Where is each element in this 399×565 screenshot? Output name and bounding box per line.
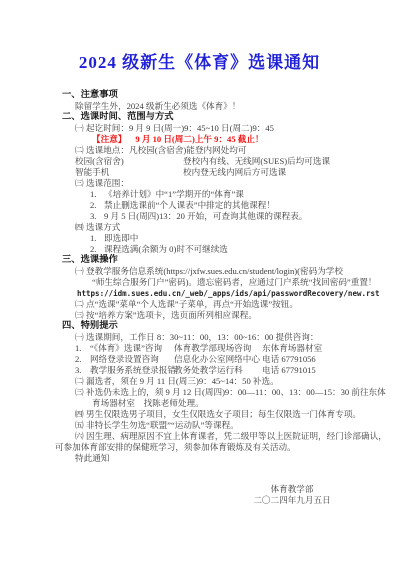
location-detail: 校内登无线内网后方可选课 [183,167,286,177]
item-marker: ㈡ [75,376,86,387]
section2-item2: ㈡选课地点：凡校园(含宿舍)能登内网处均可 [75,145,371,156]
item-marker: ㈥ [75,431,86,442]
item-text: 选课方式 [86,222,120,232]
deadline-alert: 【注意】9 月 10 日(周二)上午 9：45 截止！ [92,134,371,145]
item-number: 1. [90,233,104,244]
item-text: 起讫时间：9 月 9 日(周一)9：45~10 日(周二)9：45 [86,123,274,133]
contact-topic: “《体育》选课”咨询 [90,343,174,354]
contact-info: 电话 67791056 [262,354,316,364]
location-name: 校园(含宿舍) [75,156,183,167]
item-number: 2. [90,244,104,255]
section1-body: 除留学生外，2024 级新生必须选《体育》！ [75,101,371,112]
item-marker: ㈠ [75,332,86,343]
item-marker: ㈢ [75,310,86,321]
contact-office: 信息化办公室网络中心 [174,354,262,365]
section4-heading: 四、特别提示 [62,321,371,332]
section4-item4: ㈣男生仅限选男子项目，女生仅限选女子项目；每生仅限选一门体育专项。 [75,409,371,420]
contact-topic: 网络登录设置咨询 [90,354,174,365]
location-row-campus: 校园(含宿舍)登校内有线、无线网(SUES)后均可选课 [75,156,371,167]
item-marker: ㈤ [75,420,86,431]
item-number: 3. [90,211,104,222]
item-marker: ㈠ [75,266,86,277]
section2-item4: ㈣选课方式 [75,222,371,233]
section4-item3-line1: ㈢补选仍未选上的，须 9 月 12 日(周四)9：00—11：00、13：00—… [75,387,371,398]
section3-item1-line1: ㈠登教学服务信息系统(https://jxfw.sues.edu.cn/stud… [75,266,371,277]
location-detail: 登校内有线、无线网(SUES)后均可选课 [183,156,330,166]
contact-row-3: 3.教学服务系统登录报错教务处教学运行科电话 67791015 [75,365,371,376]
item-text: 禁止删选课前“个人课表”中排定的其他课程！ [104,200,275,210]
item-text: 即选即中 [104,233,138,243]
contact-row-2: 2.网络登录设置咨询信息化办公室网络中心电话 67791056 [75,354,371,365]
contact-number: 1. [75,343,90,354]
item-marker: ㈠ [75,123,86,134]
alert-label: 【注意】 [92,134,126,144]
item-text: 非特长学生勿选“联盟”“运动队”等课程。 [86,420,239,430]
section4-item1: ㈠选课期间，工作日 8：30~11：00，13：00~16：00 提供咨询： [75,332,371,343]
item-number: 2. [90,200,104,211]
range-item-1: 1.《培养计划》中“1”学期开的“体育”课 [90,189,371,200]
alert-text: 9 月 10 日(周二)上午 9：45 截止！ [135,134,263,144]
page-title: 2024 级新生《体育》选课通知 [0,0,399,76]
section4-item3-line2: 育场器材室 找陈老师处理。 [92,398,371,409]
section4-item6-line2: 可参加体育部安排的保健班学习，须参加体育锻炼及有关活动。 [55,442,371,453]
item-text: 漏选者，须在 9 月 11 日(周三)9：45~14：50 补选。 [86,376,279,386]
mode-item-2: 2.课程选满(余额为 0)时不可继续选 [90,244,371,255]
item-marker: ㈢ [75,178,86,189]
item-marker: ㈡ [75,299,86,310]
contact-row-1: 1.“《体育》选课”咨询体育教学部现场咨询东体育场器材室 [75,343,371,354]
item-marker: ㈢ [75,387,86,398]
contact-number: 2. [75,354,90,365]
item-text: 《培养计划》中“1”学期开的“体育”课 [104,189,244,199]
contact-topic: 教学服务系统登录报错 [90,365,174,376]
section2-item3: ㈢选课范围： [75,178,371,189]
section4-item5: ㈤非特长学生勿选“联盟”“运动队”等课程。 [75,420,371,431]
item-text: 选课期间，工作日 8：30~11：00，13：00~16：00 提供咨询： [86,332,318,342]
item-text: 补选仍未选上的，须 9 月 12 日(周四)9：00—11：00、13：00—1… [86,387,386,397]
section2-item1: ㈠起讫时间：9 月 9 日(周一)9：45~10 日(周二)9：45 [75,123,371,134]
item-text: 选课地点：凡校园(含宿舍)能登内网处均可 [86,145,246,155]
password-recovery-url: https://idm.sues.edu.cn/_web/_apps/ids/a… [77,288,371,299]
item-text: 选课范围： [86,178,129,188]
signature-block: 体育教学部 二〇二四年九月五日 [227,484,357,506]
section2-heading: 二、选课时间、范围与方式 [62,112,371,123]
section3-item2: ㈡点“选课”菜单“个人选课”子菜单，再点“开始选课”按钮。 [75,299,371,310]
notice-document-page: 2024 级新生《体育》选课通知 一、注意事项 除留学生外，2024 级新生必须… [0,0,399,565]
item-text: 点“选课”菜单“个人选课”子菜单，再点“开始选课”按钮。 [86,299,298,309]
item-number: 1. [90,189,104,200]
item-text: 男生仅限选男子项目，女生仅限选女子项目；每生仅限选一门体育专项。 [86,409,361,419]
item-text: 按“培养方案”选项卡，选页面所列相应课程。 [86,310,257,320]
item-text: 课程选满(余额为 0)时不可继续选 [104,244,228,254]
contact-number: 3. [75,365,90,376]
item-marker: ㈣ [75,409,86,420]
section1-heading: 一、注意事项 [62,90,371,101]
section4-item2: ㈡漏选者，须在 9 月 11 日(周三)9：45~14：50 补选。 [75,376,371,387]
section3-item3: ㈢按“培养方案”选项卡，选页面所列相应课程。 [75,310,371,321]
range-item-2: 2.禁止删选课前“个人课表”中排定的其他课程！ [90,200,371,211]
section3-heading: 三、选课操作 [62,255,371,266]
section3-item1-line2: “师生综合服务门户”密码)。遗忘密码者，应通过门户系统“找回密码”重置！ [92,277,371,288]
item-text: 因生理、病理原因不宜上体育课者，凭二级甲等以上医院证明，经门诊部确认， [86,431,387,441]
section4-item6-line1: ㈥因生理、病理原因不宜上体育课者，凭二级甲等以上医院证明，经门诊部确认， [75,431,371,442]
item-text: 9 月 5 日(周四)13：20 开始，可查询其他课的课程表。 [104,211,307,221]
contact-office: 体育教学部现场咨询 [174,343,262,354]
range-item-3: 3.9 月 5 日(周四)13：20 开始，可查询其他课的课程表。 [90,211,371,222]
location-row-phone: 智能手机校内登无线内网后方可选课 [75,167,371,178]
location-name: 智能手机 [75,167,183,178]
item-text: 登教学服务信息系统(https://jxfw.sues.edu.cn/stude… [86,266,343,276]
contact-info: 电话 67791015 [262,365,316,375]
notice-body: 一、注意事项 除留学生外，2024 级新生必须选《体育》！ 二、选课时间、范围与… [0,90,399,506]
signature-date: 二〇二四年九月五日 [227,495,357,506]
item-marker: ㈡ [75,145,86,156]
contact-info: 东体育场器材室 [262,343,322,353]
item-marker: ㈣ [75,222,86,233]
contact-office: 教务处教学运行科 [174,365,262,376]
mode-item-1: 1.即选即中 [90,233,371,244]
signature-department: 体育教学部 [227,484,357,495]
closing-phrase: 特此通知 [75,453,371,464]
